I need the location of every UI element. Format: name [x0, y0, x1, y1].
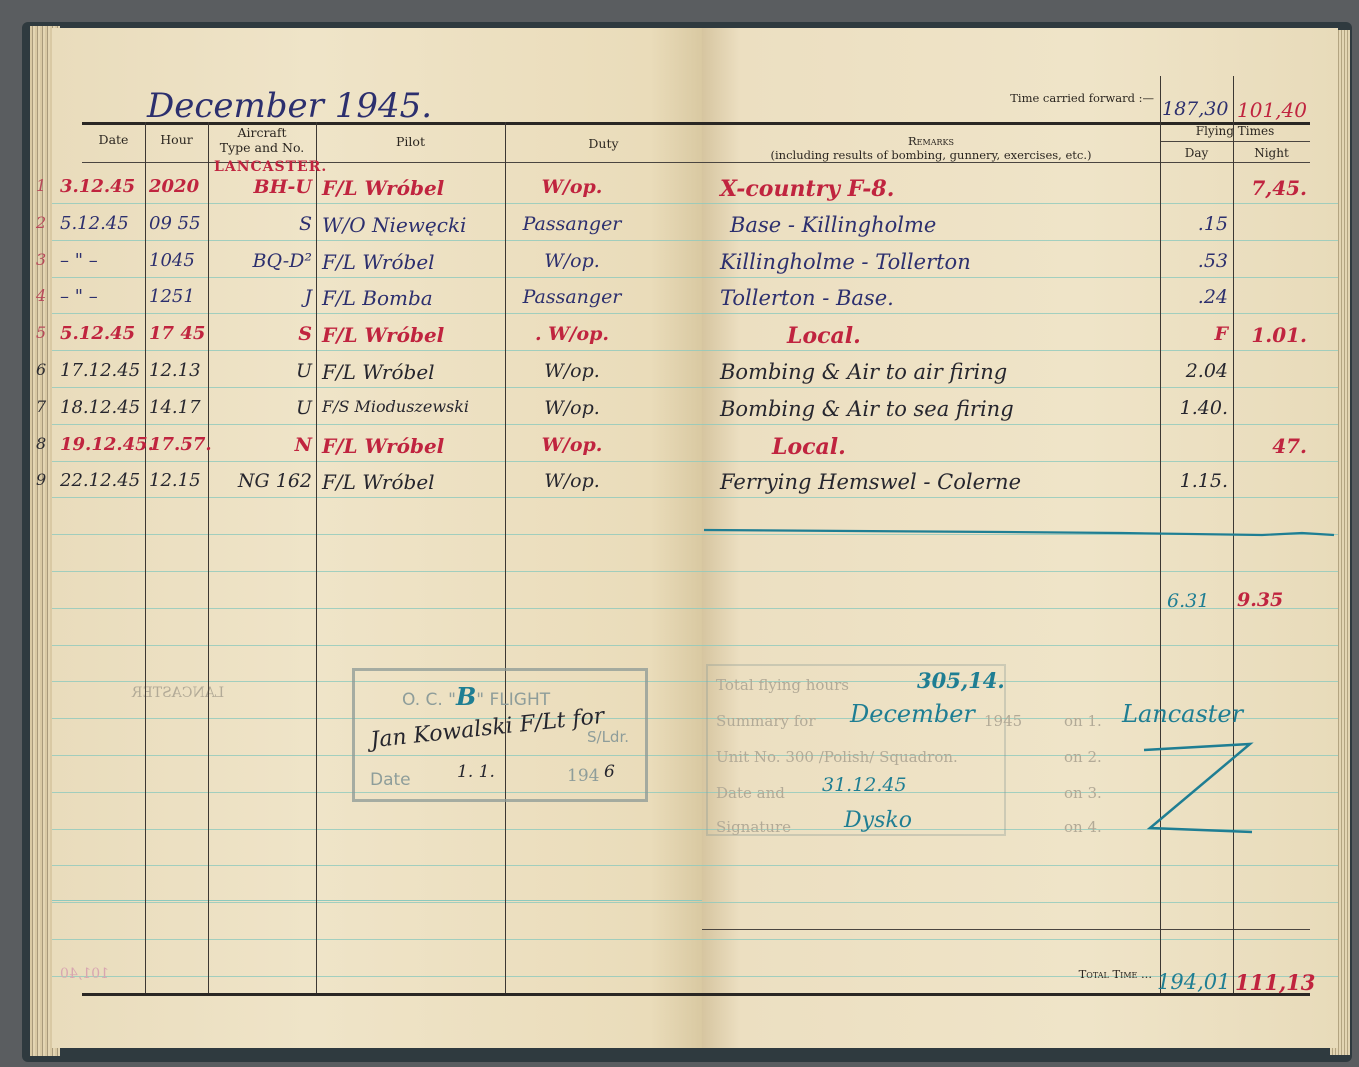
cell-date: 3.12.45 [60, 176, 145, 197]
cell-remarks: Bombing & Air to sea firing [720, 397, 1014, 421]
summary-date-value: 31.12.45 [822, 774, 907, 796]
cell-duty: Passanger [512, 286, 632, 308]
month-total-night: 9.35 [1237, 589, 1283, 611]
stamp-year: 194 [567, 766, 599, 786]
cell-hour: 14.17 [149, 397, 209, 418]
stamp-year-digit: 6 [604, 762, 615, 782]
stamp-flight-letter: B [456, 682, 476, 711]
summary-aircraft-type: Lancaster [1122, 700, 1243, 728]
header-date: Date [82, 132, 145, 147]
margin-tally-mark: 5 [36, 323, 46, 342]
left-page: LANCASTER 101,40 December 1945. Date Hou… [52, 28, 702, 1048]
cell-day: .15 [1164, 213, 1228, 235]
carried-forward-label: Time carried forward :— [1002, 91, 1154, 106]
ruled-line [52, 240, 702, 241]
header-remarks-sub: (including results of bombing, gunnery, … [702, 148, 1160, 163]
ruled-line [52, 313, 702, 314]
cell-aircraft: U [212, 360, 312, 382]
header-top-rule [82, 122, 702, 125]
cell-day: 1.15. [1164, 470, 1228, 492]
cell-remarks: Local. [772, 434, 846, 460]
cell-day: 1.40. [1164, 397, 1228, 419]
stamp-rank: S/Ldr. [587, 728, 629, 746]
month-title: December 1945. [147, 86, 432, 126]
ruled-line [702, 277, 1338, 278]
cell-remarks: X-country F-8. [720, 176, 894, 202]
z-strike-mark [1132, 738, 1262, 848]
ruled-line [702, 313, 1338, 314]
ruled-line [52, 829, 702, 830]
ruled-line [52, 865, 702, 866]
ruled-line [52, 645, 702, 646]
cell-remarks: Base - Killingholme [730, 213, 936, 237]
ruled-line [52, 350, 702, 351]
cell-pilot: F/S Mioduszewski [322, 397, 504, 416]
ruled-line [52, 203, 702, 204]
cell-aircraft: U [212, 397, 312, 419]
cell-aircraft: J [212, 286, 312, 308]
summary-on-4: on 4. [1064, 818, 1102, 836]
ruled-line [52, 387, 702, 388]
col-divider [505, 122, 506, 993]
summary-signature: Dysko [844, 808, 912, 833]
cell-aircraft: S [212, 323, 312, 345]
cell-day: .53 [1164, 250, 1228, 272]
ruled-line [702, 939, 1338, 940]
cell-date: 19.12.45. [60, 434, 145, 455]
summary-on-3: on 3. [1064, 784, 1102, 802]
cell-day: F [1164, 323, 1228, 345]
col-divider [145, 122, 146, 993]
stamp-date-label: Date [370, 770, 411, 790]
cell-date: 5.12.45 [60, 323, 145, 344]
carried-forward-night: 101,40 [1237, 98, 1307, 122]
cell-pilot: F/L Wróbel [322, 470, 504, 494]
ruled-line [702, 571, 1338, 572]
total-time-top-rule [702, 929, 1310, 930]
cell-hour: 1045 [149, 250, 209, 271]
cell-remarks: Killingholme - Tollerton [720, 250, 971, 274]
cell-duty: W/op. [512, 176, 632, 198]
cell-duty: W/op. [512, 470, 632, 492]
ruled-line [52, 497, 702, 498]
cell-date: 17.12.45 [60, 360, 145, 381]
bleed-through-number: 101,40 [60, 966, 109, 982]
margin-tally-mark: 9 [36, 470, 46, 489]
cell-aircraft: S [212, 213, 312, 235]
cell-night: 1.01. [1237, 323, 1307, 347]
cell-duty: Passanger [512, 213, 632, 235]
ruled-line [52, 571, 702, 572]
header-day: Day [1160, 146, 1233, 161]
cell-pilot: F/L Wróbel [322, 250, 504, 274]
ruled-line [52, 900, 702, 901]
ruled-line [52, 277, 702, 278]
summary-month: December [850, 700, 975, 728]
summary-date-label: Date and [716, 784, 785, 802]
cell-night: 47. [1237, 434, 1307, 458]
cell-pilot: W/O Niewęcki [322, 213, 504, 237]
cell-hour: 12.15 [149, 470, 209, 491]
col-divider [316, 122, 317, 993]
cell-hour: 09 55 [149, 213, 209, 234]
total-time-day: 194,01 [1157, 970, 1230, 994]
ruled-line [52, 424, 702, 425]
summary-on-2: on 2. [1064, 748, 1102, 766]
header-duty: Duty [505, 136, 702, 151]
cell-day: 2.04 [1164, 360, 1228, 382]
cell-pilot: F/L Wróbel [322, 176, 504, 200]
cell-duty: W/op. [512, 434, 632, 456]
cell-pilot: F/L Wróbel [322, 434, 504, 458]
cell-hour: 12.13 [149, 360, 209, 381]
ruled-line [702, 865, 1338, 866]
header-night: Night [1233, 146, 1310, 161]
header-bottom-rule [82, 162, 702, 163]
stamp-oc-label: O. C. " [402, 690, 456, 710]
ruled-line [52, 939, 702, 940]
ruled-line [52, 976, 702, 977]
margin-tally-mark: 6 [36, 360, 46, 379]
ruled-line [52, 461, 702, 462]
stamp-line1: O. C. "B" FLIGHT [402, 682, 550, 711]
ruled-line [702, 350, 1338, 351]
margin-tally-mark: 1 [36, 176, 46, 195]
summary-total-label: Total flying hours [716, 676, 849, 694]
cell-duty: W/op. [512, 397, 632, 419]
cell-date: 22.12.45 [60, 470, 145, 491]
margin-tally-mark: 3 [36, 250, 46, 269]
summary-on-1: on 1. [1064, 712, 1102, 730]
cell-hour: 1251 [149, 286, 209, 307]
cell-remarks: Ferrying Hemswel - Colerne [720, 470, 1021, 494]
ruled-line [702, 203, 1338, 204]
cell-aircraft: BQ-D² [212, 250, 312, 272]
stamp-flight-label: " FLIGHT [476, 690, 550, 710]
month-total-rule [702, 523, 1338, 543]
ruled-line [52, 608, 702, 609]
cell-date: 5.12.45 [60, 213, 145, 234]
summary-signature-label: Signature [716, 818, 791, 836]
header-hour: Hour [145, 132, 208, 147]
header-aircraft-line2: Type and No. [208, 140, 316, 155]
margin-tally-mark: 8 [36, 434, 46, 453]
cell-date: – " – [60, 286, 145, 307]
cell-night: 7,45. [1237, 176, 1307, 200]
flying-times-rule [1160, 141, 1310, 142]
cell-duty: W/op. [512, 360, 632, 382]
ruled-line [702, 387, 1338, 388]
cell-remarks: Tollerton - Base. [720, 286, 894, 310]
carried-forward-day: 187,30 [1162, 98, 1228, 120]
cell-duty: . W/op. [512, 323, 632, 345]
ruled-line [702, 461, 1338, 462]
ruled-line [702, 497, 1338, 498]
cell-day: .24 [1164, 286, 1228, 308]
cell-pilot: F/L Wróbel [322, 360, 504, 384]
margin-tally-mark: 7 [36, 397, 46, 416]
stamp-date-value: 1. 1. [457, 762, 495, 782]
summary-unit: Unit No. 300 /Polish/ Squadron. [716, 748, 958, 766]
header-pilot: Pilot [316, 134, 505, 149]
ruled-line [702, 424, 1338, 425]
ruled-line [702, 645, 1338, 646]
header-aircraft-line1: Aircraft [208, 125, 316, 140]
cell-pilot: F/L Bomba [322, 286, 504, 310]
margin-tally-mark: 2 [36, 213, 46, 232]
total-time-night: 111,13 [1235, 970, 1315, 995]
cell-hour: 17 45 [149, 323, 209, 344]
cell-date: 18.12.45 [60, 397, 145, 418]
ruled-line [52, 902, 702, 903]
summary-for-label: Summary for [716, 712, 816, 730]
cell-hour: 17.57. [149, 434, 209, 455]
summary-year: 1945 [984, 712, 1022, 730]
month-total-day: 6.31 [1167, 590, 1209, 612]
right-page: Time carried forward :— 187,30 101,40 Re… [702, 28, 1338, 1048]
cell-duty: W/op. [512, 250, 632, 272]
ruled-line [52, 534, 702, 535]
ruled-line [702, 240, 1338, 241]
cell-pilot: F/L Wróbel [322, 323, 504, 347]
footer-rule [82, 993, 702, 996]
cell-remarks: Bombing & Air to air firing [720, 360, 1007, 384]
cell-aircraft: BH-U [212, 176, 312, 198]
header-remarks-title: Remarks [702, 134, 1160, 149]
ruled-line [702, 902, 1338, 903]
aircraft-type-note: LANCASTER. [214, 159, 327, 175]
cell-aircraft: NG 162 [212, 470, 312, 492]
total-time-label: Total Time ... [952, 967, 1152, 982]
margin-tally-mark: 4 [36, 286, 46, 305]
header-flying-times: Flying Times [1160, 124, 1310, 139]
cell-hour: 2020 [149, 176, 209, 197]
cell-remarks: Local. [787, 323, 861, 349]
cell-aircraft: N [212, 434, 312, 456]
summary-total-value: 305,14. [917, 668, 1005, 693]
cell-date: – " – [60, 250, 145, 271]
